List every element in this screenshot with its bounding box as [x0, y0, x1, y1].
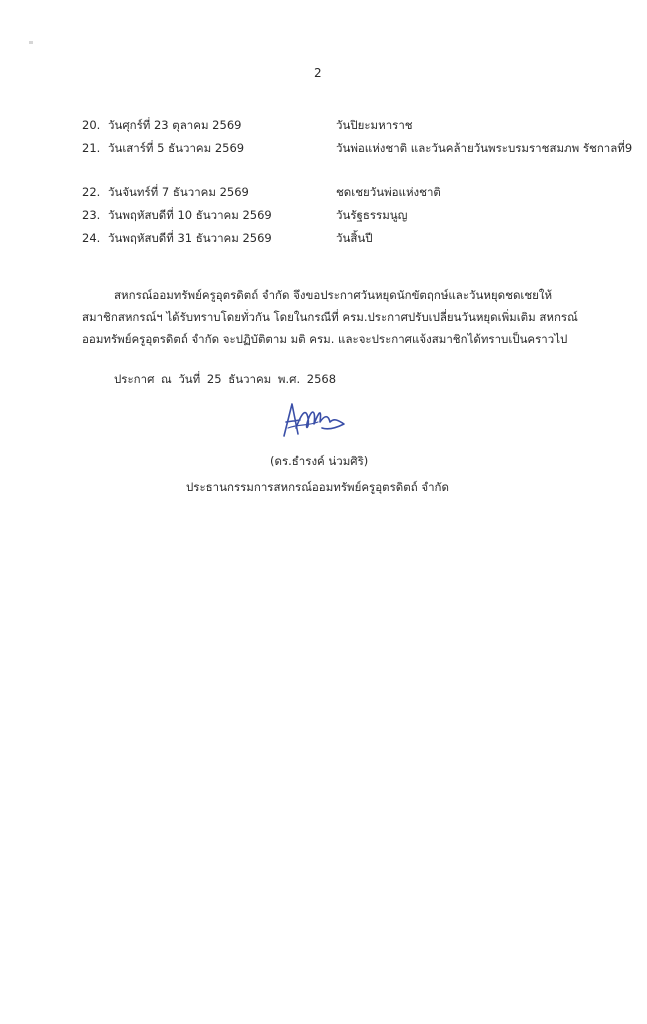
list-item: 24. วันพฤหัสบดีที่ 31 ธันวาคม 2569 วันสิ…	[82, 227, 622, 250]
item-number: 22.	[82, 181, 100, 204]
holiday-name: วันปิยะมหาราช	[336, 115, 636, 136]
announcement-paragraph: สหกรณ์ออมทรัพย์ครูอุตรดิตถ์ จำกัด จึงขอป…	[82, 284, 582, 350]
holiday-name: วันสิ้นปี	[336, 228, 636, 249]
item-number: 20.	[82, 114, 100, 137]
holiday-date: วันพฤหัสบดีที่ 31 ธันวาคม 2569	[108, 227, 272, 250]
list-item: 20. วันศุกร์ที่ 23 ตุลาคม 2569 วันปิยะมห…	[82, 114, 622, 137]
holiday-date: วันเสาร์ที่ 5 ธันวาคม 2569	[108, 137, 244, 160]
list-item: 21. วันเสาร์ที่ 5 ธันวาคม 2569 วันพ่อแห่…	[82, 137, 622, 181]
holiday-date: วันพฤหัสบดีที่ 10 ธันวาคม 2569	[108, 204, 272, 227]
holiday-date: วันจันทร์ที่ 7 ธันวาคม 2569	[108, 181, 249, 204]
scan-speck	[29, 41, 33, 44]
item-number: 23.	[82, 204, 100, 227]
holiday-name: วันรัฐธรรมนูญ	[336, 205, 636, 226]
holiday-name: ชดเชยวันพ่อแห่งชาติ	[336, 182, 636, 203]
list-item: 23. วันพฤหัสบดีที่ 10 ธันวาคม 2569 วันรั…	[82, 204, 622, 227]
holiday-name: วันพ่อแห่งชาติ และวันคล้ายวันพระบรมราชสม…	[336, 138, 636, 159]
page-number: 2	[314, 66, 322, 80]
announcement-date: ประกาศ ณ วันที่ 25 ธันวาคม พ.ศ. 2568	[114, 371, 336, 389]
holiday-date: วันศุกร์ที่ 23 ตุลาคม 2569	[108, 114, 241, 137]
signer-name: (ดร.ธำรงค์ น่วมศิริ)	[270, 453, 368, 471]
item-number: 24.	[82, 227, 100, 250]
holiday-list: 20. วันศุกร์ที่ 23 ตุลาคม 2569 วันปิยะมห…	[82, 114, 622, 250]
signature-icon	[278, 398, 350, 444]
signer-title: ประธานกรรมการสหกรณ์ออมทรัพย์ครูอุตรดิตถ์…	[186, 479, 449, 497]
list-item: 22. วันจันทร์ที่ 7 ธันวาคม 2569 ชดเชยวัน…	[82, 181, 622, 204]
item-number: 21.	[82, 137, 100, 160]
